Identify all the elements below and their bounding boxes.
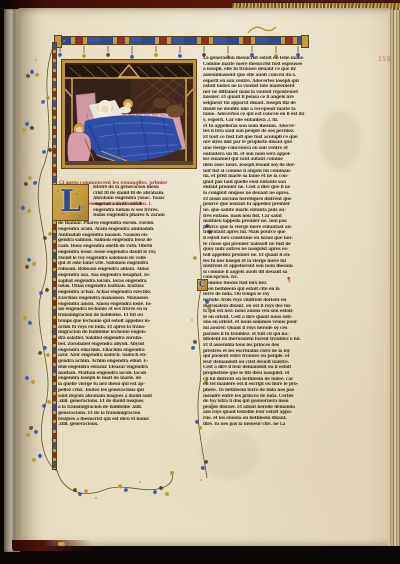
left-column-text: de thamar. Phares engendra esrom. Esrome…: [58, 221, 196, 428]
illuminated-initial-c: C: [197, 279, 208, 291]
manuscript-photo: Ci apres commencent les euuangiles. prim…: [0, 0, 400, 564]
parchment-stain: [200, 430, 260, 480]
nativity-miniature: [62, 60, 196, 168]
text-line: .xiiii. generacions.: [58, 422, 196, 428]
fore-edge-stripes: [388, 10, 400, 546]
paraph-mark: ¶: [287, 277, 291, 284]
text-line: dire. tu nes pas la meneur cite. ne La: [203, 422, 313, 428]
illuminated-initial-l: L: [52, 184, 89, 221]
illuminated-bar: [57, 36, 306, 45]
gold-squiggle-icon: [246, 25, 278, 36]
bottom-binding-corner: [12, 540, 92, 551]
nativity-scene: [65, 63, 193, 165]
illuminated-side-bar: [52, 42, 57, 470]
parchment-stain: [320, 110, 360, 170]
left-column-text-beside-initial: istoire de la generacion ihesucrist fil …: [93, 185, 196, 219]
text-line: La generacion ihesucrist estoit en telle…: [203, 56, 313, 62]
text-line: Iudas engendra phares & zaram: [93, 213, 196, 219]
bottom-gold-clasp: [58, 542, 65, 546]
folio-number: 159: [378, 55, 391, 64]
right-column-text: La generacion ihesucrist estoit en telle…: [203, 56, 313, 427]
